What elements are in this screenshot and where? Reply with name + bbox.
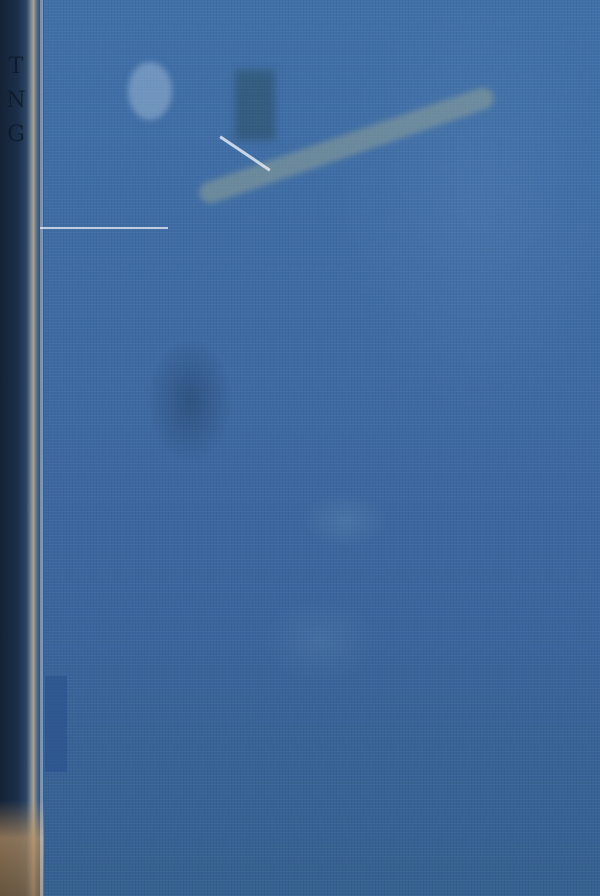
- cloth-texture: [0, 0, 600, 896]
- book-spine: T N G: [0, 0, 44, 896]
- loose-thread: [40, 227, 168, 229]
- spine-letter: T: [4, 50, 28, 84]
- spine-hinge: [40, 0, 43, 896]
- worn-spine-bottom: [0, 800, 44, 896]
- faded-label-mark: [45, 676, 67, 772]
- faded-spot: [128, 62, 172, 120]
- spine-letter: G: [4, 118, 28, 152]
- spine-letter: N: [4, 84, 28, 118]
- book-cover: T N G: [0, 0, 600, 896]
- spine-title-fragment: T N G: [4, 50, 28, 152]
- stain: [235, 70, 275, 140]
